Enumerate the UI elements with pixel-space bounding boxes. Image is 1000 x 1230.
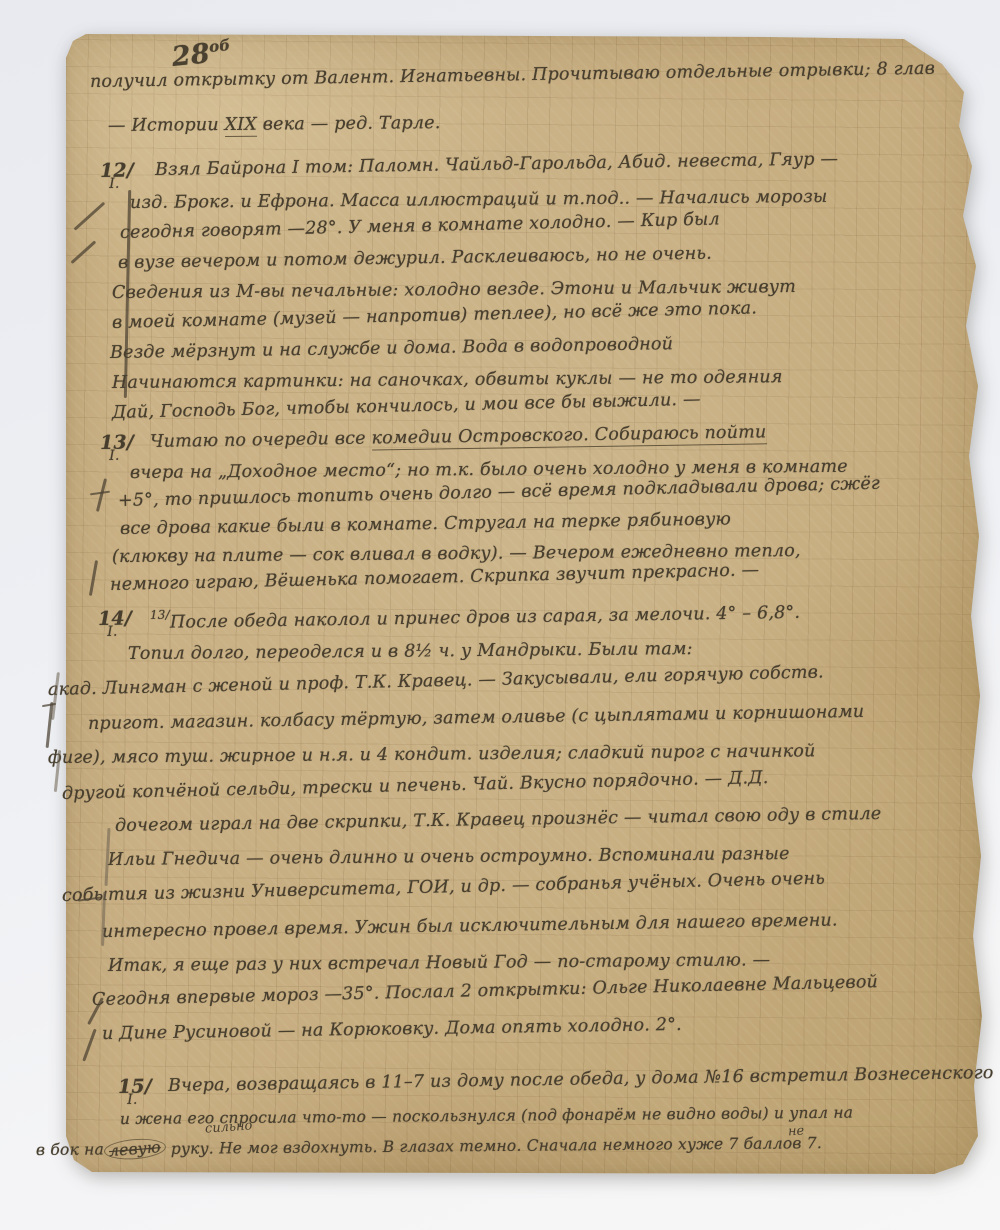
margin-tick-mark <box>82 1029 96 1062</box>
superscript-correction: 13/ <box>150 608 170 622</box>
diary-line: акад. Лингман с женой и проф. Т.К. Краве… <box>48 662 824 700</box>
diary-line: события из жизни Университета, ГОИ, и др… <box>62 869 825 906</box>
diary-line: Дай, Господь Бог, чтобы кончилось, и мои… <box>112 390 701 423</box>
diary-line: пригот. магазин. колбасу тёртую, затем о… <box>88 702 865 734</box>
underlined-segment: XIX <box>224 115 257 137</box>
diary-line: в моей комнате (музей — напротив) теплее… <box>112 298 757 333</box>
text-segment: — Истории <box>108 115 225 136</box>
text-segment: в бок на <box>36 1140 104 1159</box>
text-segment: руку. Не мог вздохнуть. В глазах темно. … <box>166 1134 822 1158</box>
diary-line: Взял Байрона I том: Паломн. Чайльд-Гарол… <box>155 149 838 180</box>
diary-line: Ильи Гнедича — очень длинно и очень остр… <box>108 844 790 870</box>
diary-line: Вчера, возвращаясь в 11–7 из дому после … <box>168 1063 994 1096</box>
date-sub: I. <box>109 448 120 464</box>
entry-date-13: 13/I. <box>100 431 134 454</box>
diary-line: и Дине Русиновой — на Корюковку. Дома оп… <box>102 1015 682 1044</box>
diary-line: Везде мёрзнут и на службе и дома. Вода в… <box>110 334 673 363</box>
diary-line: Топил долго, переоделся и в 8½ ч. у Манд… <box>128 639 693 664</box>
underlined-segment: комедии Островского. Собираюсь пойти <box>371 422 766 450</box>
diary-line: другой копчёной сельди, трески и печень.… <box>62 768 769 804</box>
scanned-diary-page: 28об получил открытку от Валент. Игнатье… <box>0 0 1000 1230</box>
diary-line: в бок налевую руку. Не мог вздохнуть. В … <box>36 1133 822 1160</box>
diary-line: 13/После обеда наколол и принес дров из … <box>150 598 801 633</box>
margin-tick-mark <box>89 560 98 596</box>
date-sub: I. <box>127 1092 138 1108</box>
diary-line: дочегом играл на две скрипки, Т.К. Краве… <box>115 804 882 836</box>
margin-tick-mark <box>74 202 105 231</box>
diary-line: интересно провел время. Ужин был исключи… <box>102 910 838 942</box>
page-number-value: 28 <box>170 38 211 73</box>
page-number-suffix: об <box>208 36 231 56</box>
margin-tick-mark <box>46 702 53 748</box>
margin-tick-mark <box>96 478 107 512</box>
text-segment: Читаю по очереди все <box>150 429 372 452</box>
diary-line: — Истории XIX века — ред. Тарле. <box>108 113 441 136</box>
handwriting-layer: 28об получил открытку от Валент. Игнатье… <box>0 0 1000 1230</box>
inserted-word-ne: не <box>787 1123 804 1139</box>
diary-line: фиге), мясо туш. жирное и н.я. и 4 конди… <box>48 741 816 768</box>
diary-line: все дрова какие были в комнате. Стругал … <box>120 509 731 539</box>
text-segment: века — ред. Тарле. <box>257 113 441 135</box>
diary-line: Читаю по очереди все комедии Островского… <box>150 422 767 452</box>
diary-line: сегодня говорят —28°. У меня в комнате х… <box>120 209 720 243</box>
diary-line: Итак, я еще раз у них встречал Новый Год… <box>108 950 770 976</box>
date-sub: I. <box>107 624 118 640</box>
struck-circled-word: левую <box>103 1137 166 1162</box>
entry-date-12: 12/I. <box>100 159 134 182</box>
entry-date-15: 15/I. <box>118 1075 152 1098</box>
date-sub: I. <box>109 176 120 192</box>
diary-line: Сегодня впервые мороз —35°. Послал 2 отк… <box>92 972 878 1010</box>
inserted-word-above: сильно <box>205 1118 253 1136</box>
diary-line: изд. Брокг. и Ефрона. Масса иллюстраций … <box>130 187 828 213</box>
entry-date-14: 14/I. <box>98 607 132 630</box>
diary-line: в вузе вечером и потом дежурил. Расклеив… <box>118 244 712 273</box>
margin-tick-mark <box>71 240 96 263</box>
page-number: 28об <box>170 36 232 73</box>
text-segment: После обеда наколол и принес дров из сар… <box>170 603 801 633</box>
